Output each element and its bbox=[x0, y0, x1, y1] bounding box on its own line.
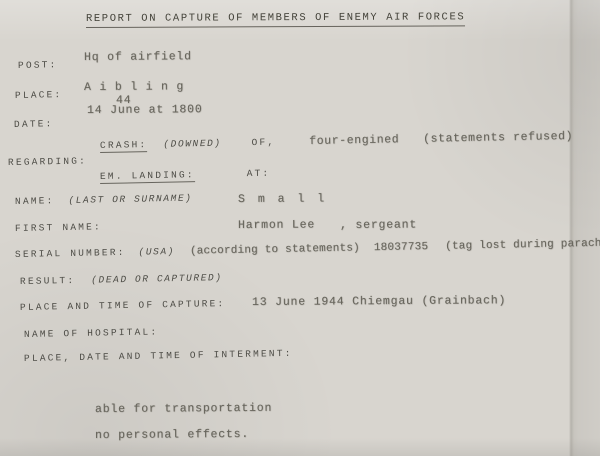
post-label: POST: bbox=[18, 59, 58, 71]
crash-of: OF, bbox=[251, 137, 275, 148]
note-transportation: able for transportation bbox=[95, 402, 272, 416]
serial-statement: (according to statements) bbox=[190, 242, 360, 257]
place-value: A i b l i n g bbox=[84, 80, 184, 94]
em-landing-line: EM. LANDING: AT: bbox=[100, 168, 271, 184]
crash-note: (statements refused) bbox=[423, 130, 573, 146]
serial-label: SERIAL NUMBER: bbox=[15, 247, 126, 260]
crash-line: CRASH: (DOWNED) OF, four-engined (statem… bbox=[100, 130, 573, 153]
crash-value: four-engined bbox=[309, 133, 399, 148]
serial-number: 18037735 bbox=[374, 241, 429, 254]
name-value: S m a l l bbox=[238, 192, 327, 206]
name-hint: (LAST OR SURNAME) bbox=[68, 193, 192, 206]
scanned-document: REPORT ON CAPTURE OF MEMBERS OF ENEMY AI… bbox=[0, 0, 600, 456]
result-line: RESULT: (DEAD OR CAPTURED) bbox=[20, 272, 223, 287]
capture-value: 13 June 1944 Chiemgau (Grainbach) bbox=[252, 294, 506, 309]
date-label: DATE: bbox=[14, 118, 54, 130]
hospital-label: NAME OF HOSPITAL: bbox=[24, 326, 159, 340]
serial-line: SERIAL NUMBER: (USA) (according to state… bbox=[15, 237, 600, 261]
result-label: RESULT: bbox=[20, 275, 76, 287]
crash-downed-hint: (DOWNED) bbox=[163, 138, 222, 150]
em-landing-label: EM. LANDING: bbox=[100, 169, 195, 184]
regarding-label: REGARDING: bbox=[8, 155, 87, 168]
place-label: PLACE: bbox=[15, 89, 63, 101]
at-label: AT: bbox=[247, 168, 271, 179]
note-personal-effects: no personal effects. bbox=[95, 428, 249, 442]
name-label: NAME: bbox=[15, 195, 55, 207]
crash-label: CRASH: bbox=[100, 139, 148, 153]
serial-usa-hint: (USA) bbox=[138, 246, 175, 258]
interment-label: PLACE, DATE AND TIME OF INTERMENT: bbox=[24, 348, 293, 364]
first-name-value: Harmon Lee bbox=[238, 218, 315, 232]
name-line: NAME: (LAST OR SURNAME) bbox=[15, 193, 193, 207]
serial-note: (tag lost during parachuting) bbox=[445, 237, 600, 253]
capture-label: PLACE AND TIME OF CAPTURE: bbox=[20, 298, 226, 313]
first-name-label: FIRST NAME: bbox=[15, 221, 102, 234]
document-title: REPORT ON CAPTURE OF MEMBERS OF ENEMY AI… bbox=[86, 11, 465, 28]
rank-value: , sergeant bbox=[340, 218, 417, 232]
date-value: 14 June at 1800 bbox=[87, 103, 203, 117]
result-hint: (DEAD OR CAPTURED) bbox=[91, 272, 223, 286]
post-value: Hq of airfield bbox=[84, 50, 192, 64]
